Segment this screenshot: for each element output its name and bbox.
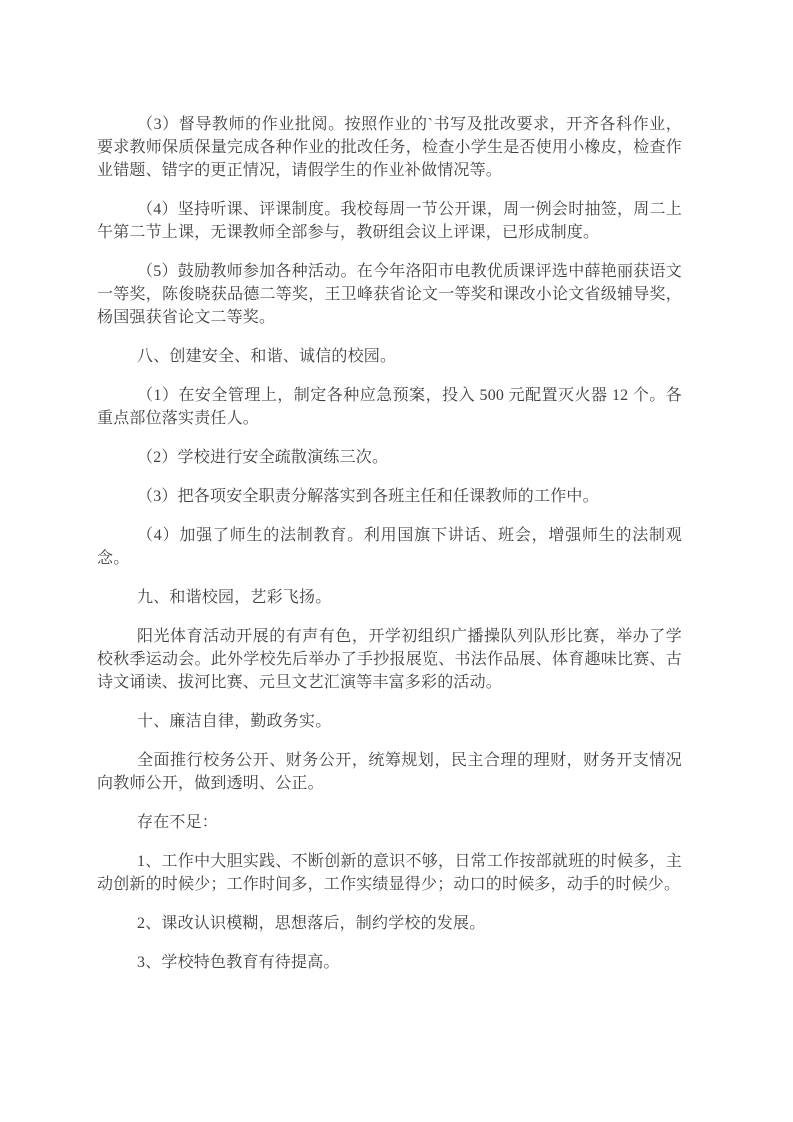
paragraph: （5）鼓励教师参加各种活动。在今年洛阳市电教优质课评选中薛艳丽获语文一等奖，陈俊… [97,260,682,329]
document-body: （3）督导教师的作业批阅。按照作业的`书写及批改要求，开齐各科作业，要求教师保质… [97,113,682,974]
paragraph: 八、创建安全、和谐、诚信的校园。 [97,345,682,368]
paragraph: （4）坚持听课、评课制度。我校每周一节公开课，周一例会时抽签，周二上午第二节上课… [97,198,682,244]
paragraph: （3）督导教师的作业批阅。按照作业的`书写及批改要求，开齐各科作业，要求教师保质… [97,113,682,182]
paragraph: 2、课改认识模糊，思想落后，制约学校的发展。 [97,912,682,935]
paragraph: 3、学校特色教育有待提高。 [97,951,682,974]
paragraph: （3）把各项安全职责分解落实到各班主任和任课教师的工作中。 [97,485,682,508]
document-page: （3）督导教师的作业批阅。按照作业的`书写及批改要求，开齐各科作业，要求教师保质… [0,0,793,1122]
paragraph: 阳光体育活动开展的有声有色，开学初组织广播操队列队形比赛，举办了学校秋季运动会。… [97,625,682,694]
paragraph: （2）学校进行安全疏散演练三次。 [97,446,682,469]
paragraph: 存在不足： [97,811,682,834]
paragraph: 全面推行校务公开、财务公开，统筹规划，民主合理的理财，财务开支情况向教师公开，做… [97,749,682,795]
paragraph: （4）加强了师生的法制教育。利用国旗下讲话、班会，增强师生的法制观念。 [97,524,682,570]
paragraph: 九、和谐校园，艺彩飞扬。 [97,586,682,609]
paragraph: （1）在安全管理上，制定各种应急预案，投入 500 元配置灭火器 12 个。各重… [97,384,682,430]
paragraph: 1、工作中大胆实践、不断创新的意识不够，日常工作按部就班的时候多，主动创新的时候… [97,850,682,896]
paragraph: 十、廉洁自律，勤政务实。 [97,710,682,733]
